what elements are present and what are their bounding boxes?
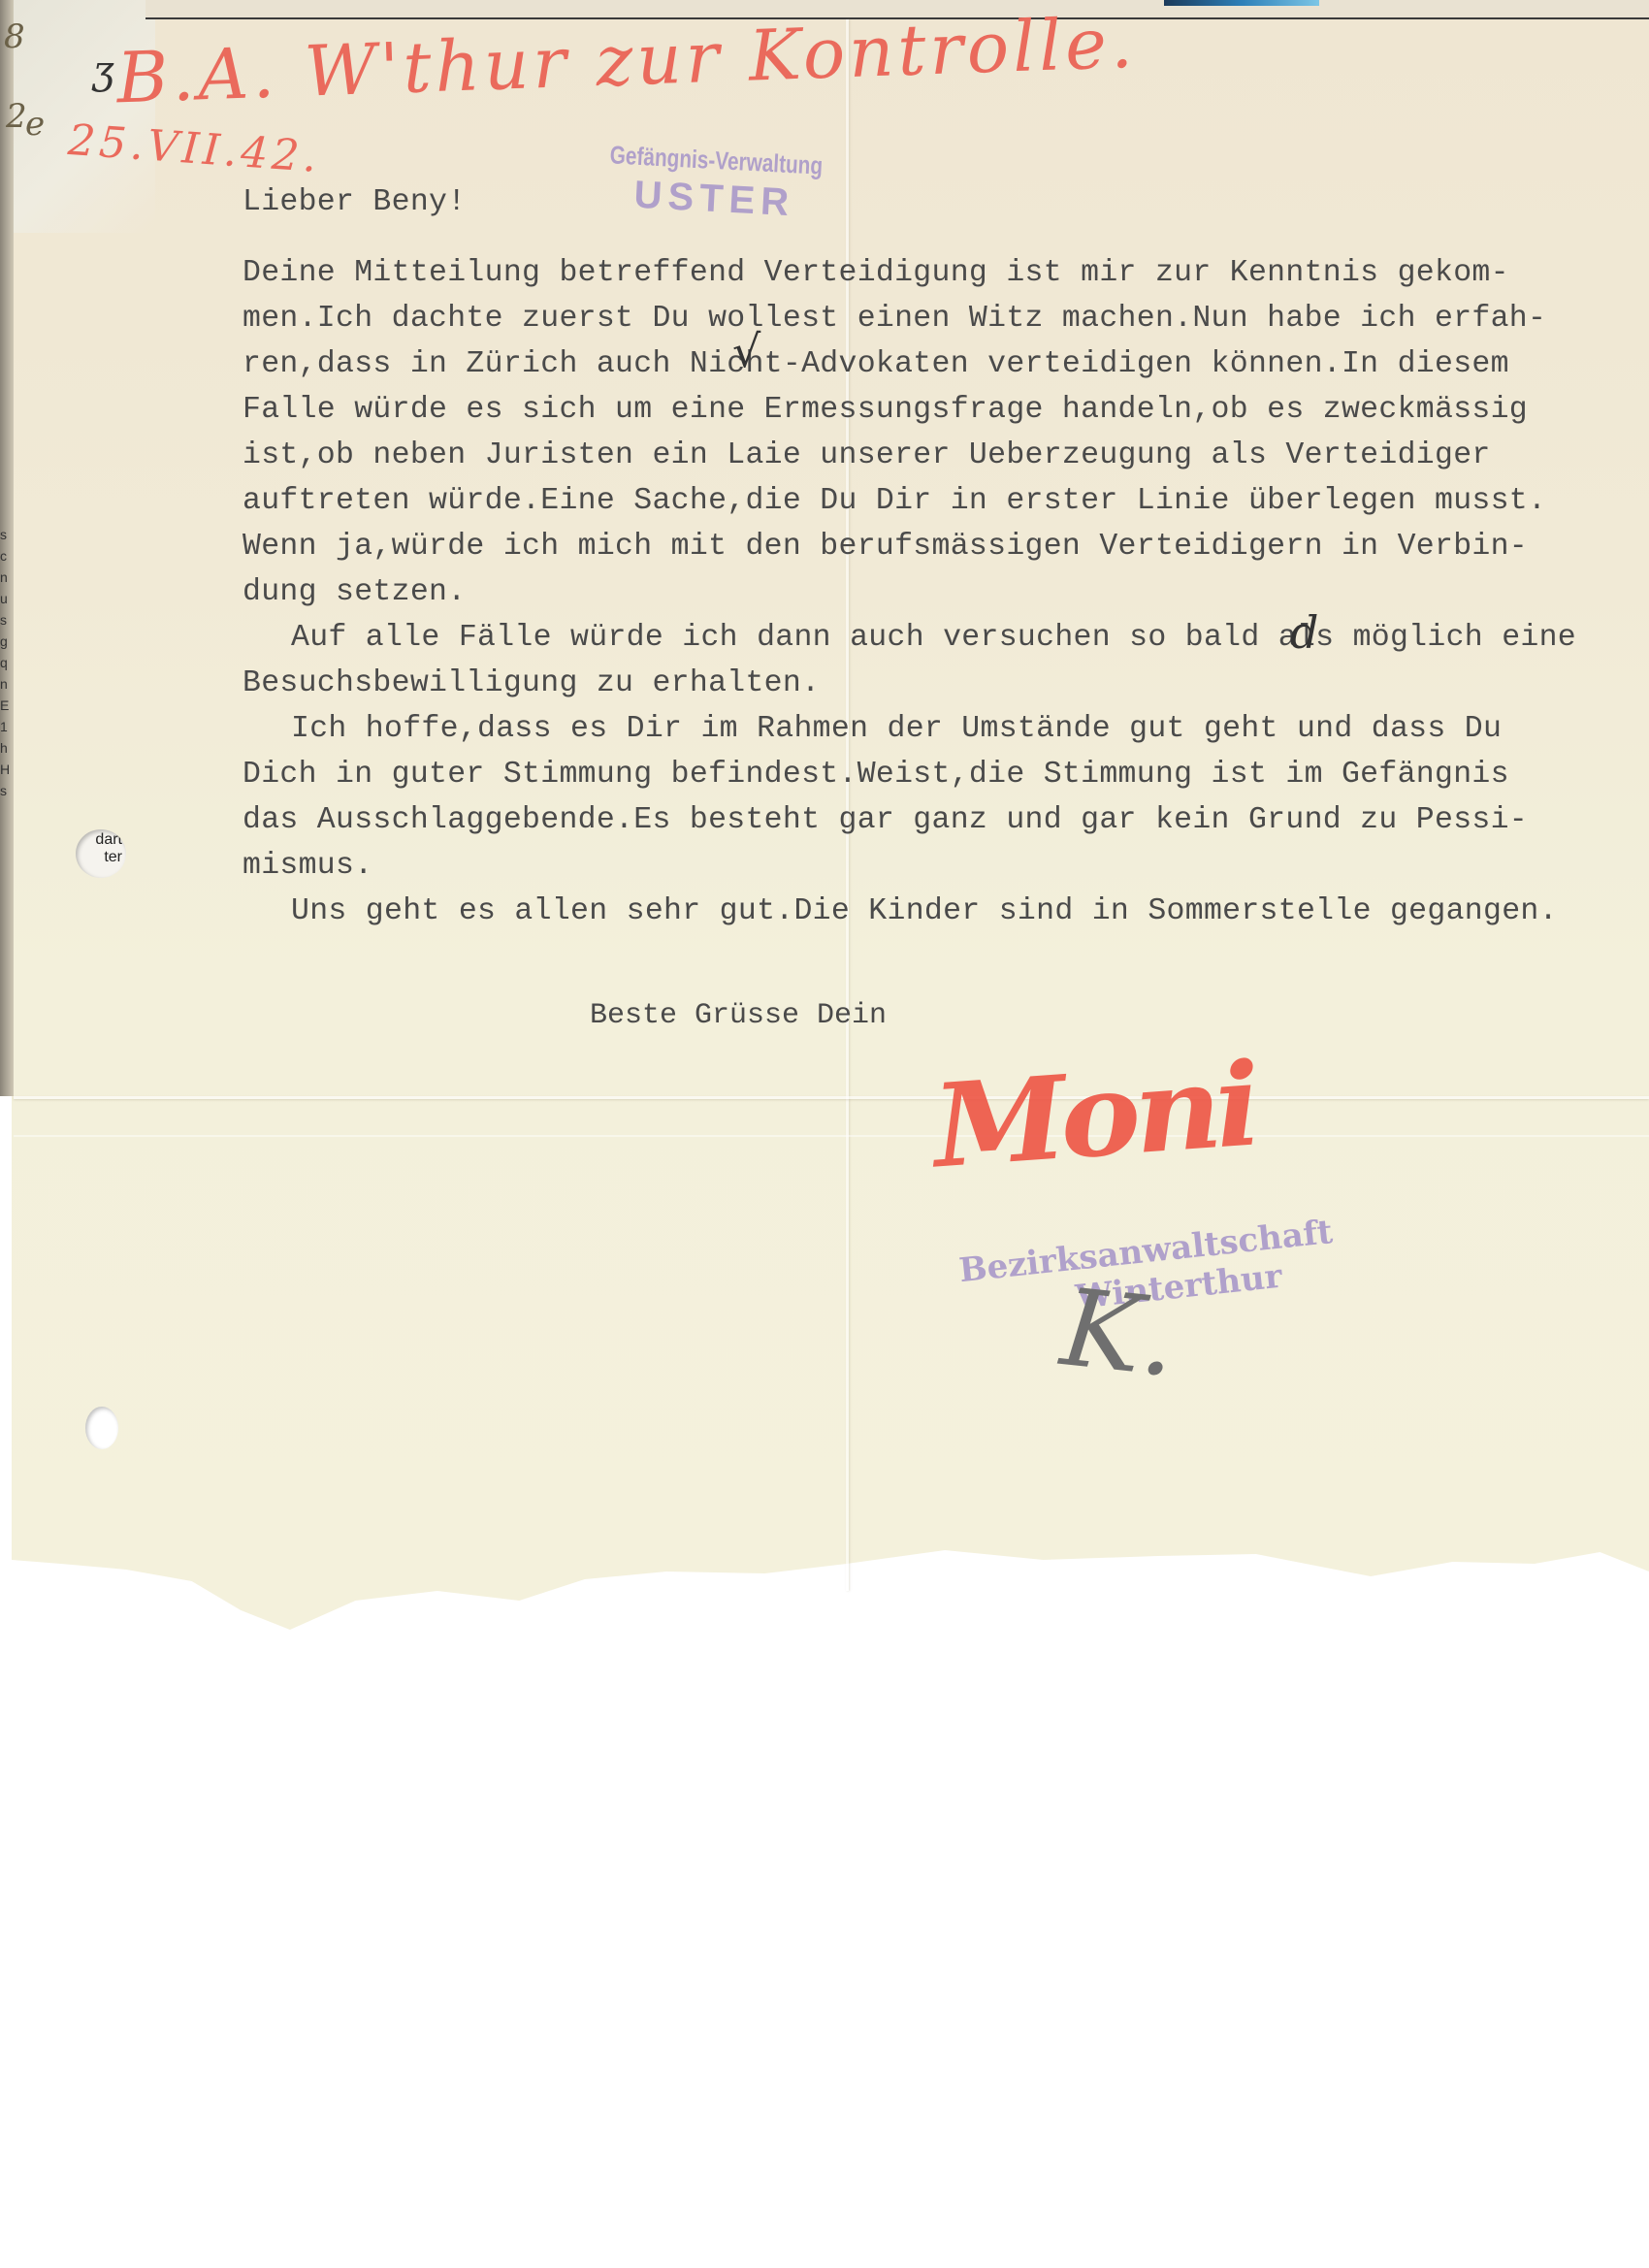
corner-mark: 8 — [4, 17, 25, 56]
paragraph-4: Uns geht es allen sehr gut.Die Kinder si… — [242, 889, 1639, 934]
punch-hole-text: ter — [76, 849, 122, 866]
text-line: Besuchsbewilligung zu erhalten. — [242, 661, 1639, 706]
corner-mark: e — [25, 105, 45, 144]
pencil-mark: ʒ — [92, 49, 114, 93]
blue-edge-fragment — [1164, 0, 1319, 6]
greeting: Lieber Beny! — [242, 179, 1639, 225]
text-line: Wenn ja,würde ich mich mit den berufsmäs… — [242, 524, 1639, 569]
text-line: auftreten würde.Eine Sache,die Du Dir in… — [242, 478, 1639, 524]
horizontal-fold-line-secondary — [14, 1135, 1649, 1137]
horizontal-fold-line — [14, 1096, 1649, 1099]
letter-body: Lieber Beny! Deine Mitteilung betreffend… — [242, 179, 1639, 934]
text-line: Uns geht es allen sehr gut.Die Kinder si… — [242, 889, 1639, 934]
text-line: men.Ich dachte zuerst Du wollest einen W… — [242, 296, 1639, 341]
corner-mark: 2 — [6, 97, 27, 136]
handwritten-correction-d: d — [1290, 606, 1318, 659]
text-line: Deine Mitteilung betreffend Verteidigung… — [242, 250, 1639, 296]
punch-hole: dart ter — [76, 829, 126, 878]
text-line: mismus. — [242, 843, 1639, 889]
paragraph-2: Auf alle Fälle würde ich dann auch versu… — [242, 615, 1639, 706]
left-edge-text: s c n u s g q n E 1 h H s — [0, 524, 14, 801]
text-line: ist,ob neben Juristen ein Laie unserer U… — [242, 433, 1639, 478]
paragraph-1: Deine Mitteilung betreffend Verteidigung… — [242, 250, 1639, 615]
text-line: Dich in guter Stimmung befindest.Weist,d… — [242, 752, 1639, 797]
signature: Moni — [929, 1037, 1260, 1194]
handwritten-correction-N: √ — [732, 325, 760, 377]
punch-hole — [85, 1407, 118, 1449]
text-line: das Ausschlaggebende.Es besteht gar ganz… — [242, 797, 1639, 843]
text-line: Falle würde es sich um eine Ermessungsfr… — [242, 387, 1639, 433]
text-line: Ich hoffe,dass es Dir im Rahmen der Umst… — [242, 706, 1639, 752]
paragraph-3: Ich hoffe,dass es Dir im Rahmen der Umst… — [242, 706, 1639, 889]
text-line: ren,dass in Zürich auch Nicht-Advokaten … — [242, 341, 1639, 387]
text-line: dung setzen. — [242, 569, 1639, 615]
pencil-initial: K. — [1056, 1265, 1182, 1401]
text-line: Auf alle Fälle würde ich dann auch versu… — [242, 615, 1639, 661]
closing-salutation: Beste Grüsse Dein — [590, 999, 887, 1032]
